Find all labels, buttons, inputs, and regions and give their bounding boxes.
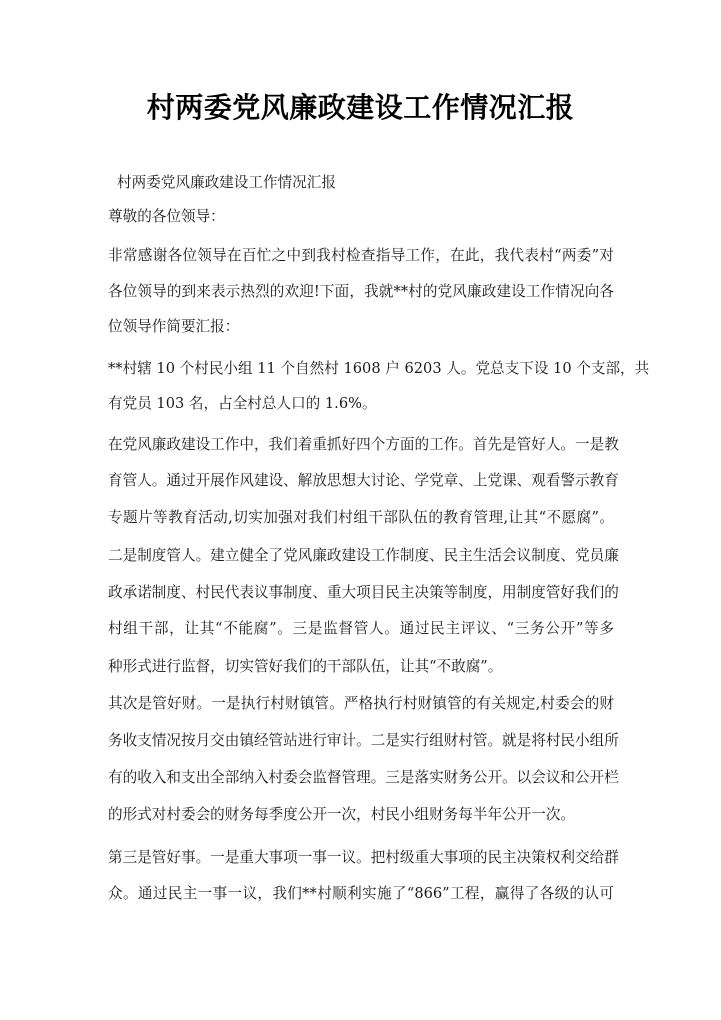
paragraph-line: 有的收入和支出全部纳入村委会监督管理。三是落实财务公开。以会议和公开栏 <box>108 768 614 788</box>
paragraph-line: 位领导作简要汇报： <box>108 317 614 337</box>
paragraph-line: **村辖 10 个村民小组 11 个自然村 1608 户 6203 人。党总支下… <box>108 359 614 379</box>
paragraph-line: 众。通过民主一事一议，我们**村顺利实施了“866”工程，赢得了各级的认可 <box>108 884 614 904</box>
paragraph-line: 种形式进行监督，切实管好我们的干部队伍，让其“不敢腐”。 <box>108 657 614 677</box>
paragraph-line: 育管人。通过开展作风建设、解放思想大讨论、学党章、上党课、观看警示教育 <box>108 471 614 491</box>
paragraph-line: 其次是管好财。一是执行村财镇管。严格执行村财镇管的有关规定,村委会的财 <box>108 694 614 714</box>
paragraph-line: 的形式对村委会的财务每季度公开一次，村民小组财务每半年公开一次。 <box>108 805 614 825</box>
paragraph-line: 村组干部，让其“不能腐”。三是监督管人。通过民主评议、“三务公开”等多 <box>108 619 614 639</box>
document-subtitle: 村两委党风廉政建设工作情况汇报 <box>117 173 623 193</box>
document-page: 村两委党风廉政建设工作情况汇报 村两委党风廉政建设工作情况汇报 尊敬的各位领导：… <box>0 0 721 1020</box>
paragraph-line: 在党风廉政建设工作中，我们着重抓好四个方面的工作。首先是管好人。一是教 <box>108 435 614 455</box>
paragraph-line: 务收支情况按月交由镇经管站进行审计。二是实行组财村管。就是将村民小组所 <box>108 731 614 751</box>
paragraph-line: 第三是管好事。一是重大事项一事一议。把村级重大事项的民主决策权利交给群 <box>108 848 614 868</box>
paragraph-line: 各位领导的到来表示热烈的欢迎!下面，我就**村的党风廉政建设工作情况向各 <box>108 282 614 302</box>
paragraph-line: 二是制度管人。建立健全了党风廉政建设工作制度、民主生活会议制度、党员廉 <box>108 546 614 566</box>
paragraph-line: 专题片等教育活动,切实加强对我们村组干部队伍的教育管理,让其“不愿腐”。 <box>108 508 614 528</box>
paragraph-line: 政承诺制度、村民代表议事制度、重大项目民主决策等制度，用制度管好我们的 <box>108 583 614 603</box>
paragraph-line: 有党员 103 名，占全村总人口的 1.6%。 <box>108 394 614 414</box>
salutation: 尊敬的各位领导： <box>108 207 614 227</box>
document-title: 村两委党风廉政建设工作情况汇报 <box>0 86 721 126</box>
paragraph-line: 非常感谢各位领导在百忙之中到我村检查指导工作，在此，我代表村“两委”对 <box>108 246 614 266</box>
